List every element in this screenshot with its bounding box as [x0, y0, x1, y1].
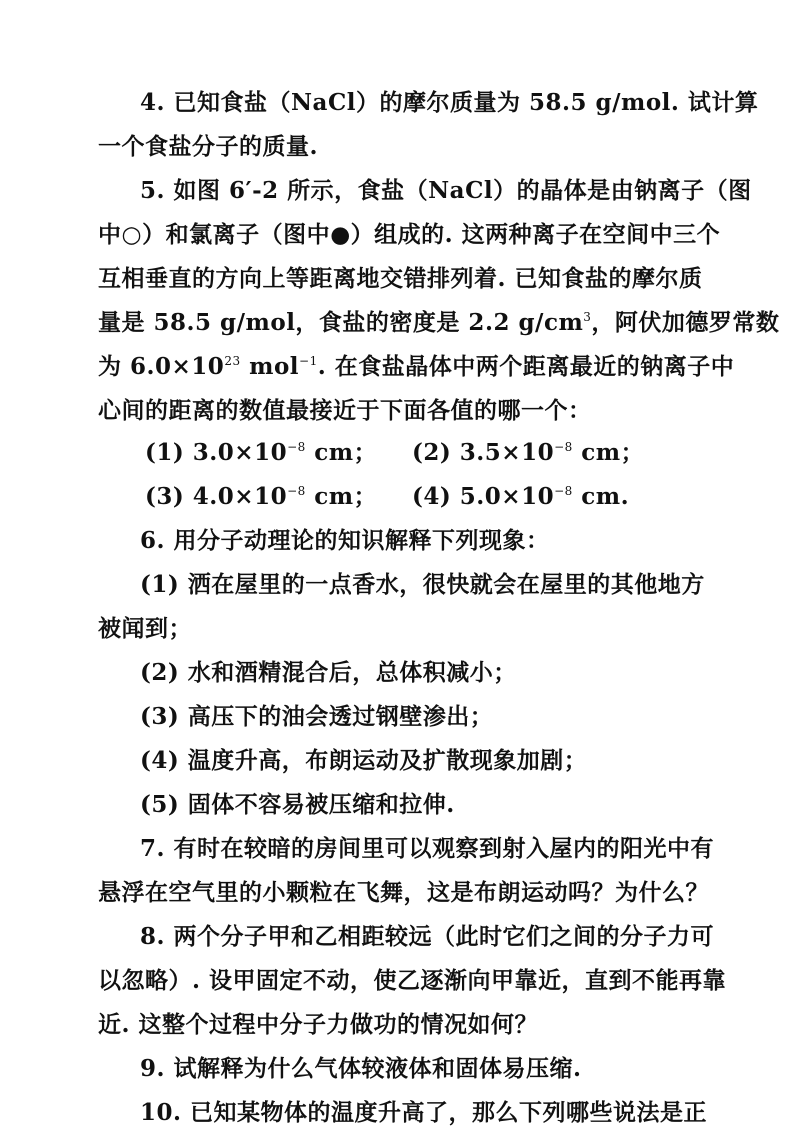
option-unit: cm.	[573, 483, 629, 510]
option-value: 5.0×10	[460, 483, 554, 510]
q5-line4-pre: 量是 58.5 g/mol，食盐的密度是 2.2 g/cm	[98, 309, 583, 336]
option-value: 3.5×10	[460, 439, 554, 466]
q5-option-3: (3) 4.0×10−8 cm；	[145, 482, 377, 512]
q5-line5-post: . 在食盐晶体中两个距离最近的钠离子中	[318, 353, 735, 380]
option-label: (2)	[412, 439, 451, 466]
q5-line6: 心间的距离的数值最接近于下面各值的哪一个：	[98, 396, 592, 426]
option-label: (1)	[145, 439, 184, 466]
q6-line1: 6. 用分子动理论的知识解释下列现象：	[140, 526, 550, 556]
q5-line1: 5. 如图 6′-2 所示，食盐（NaCl）的晶体是由钠离子（图	[140, 176, 752, 206]
option-unit: cm；	[573, 439, 644, 466]
q5-option-1: (1) 3.0×10−8 cm；	[145, 438, 377, 468]
q6-item2: (2) 水和酒精混合后，总体积减小；	[140, 658, 517, 688]
q6-item1-line2: 被闻到；	[98, 614, 192, 644]
q8-line3: 近. 这整个过程中分子力做功的情况如何？	[98, 1010, 538, 1040]
q5-line5-unit-exponent: −1	[299, 354, 318, 368]
option-exponent: −8	[554, 440, 573, 454]
q5-option-4: (4) 5.0×10−8 cm.	[412, 482, 629, 512]
q8-line1: 8. 两个分子甲和乙相距较远（此时它们之间的分子力可	[140, 922, 714, 952]
q6-item5: (5) 固体不容易被压缩和拉伸.	[140, 790, 455, 820]
option-unit: cm；	[306, 439, 377, 466]
q7-line1: 7. 有时在较暗的房间里可以观察到射入屋内的阳光中有	[140, 834, 714, 864]
q5-line4: 量是 58.5 g/mol，食盐的密度是 2.2 g/cm3，阿伏加德罗常数	[98, 308, 779, 338]
option-label: (4)	[412, 483, 451, 510]
option-value: 4.0×10	[193, 483, 287, 510]
option-exponent: −8	[287, 440, 306, 454]
q8-line2: 以忽略）. 设甲固定不动，使乙逐渐向甲靠近，直到不能再靠	[98, 966, 726, 996]
q5-line3: 互相垂直的方向上等距离地交错排列着. 已知食盐的摩尔质	[98, 264, 703, 294]
q5-line5-exponent: 23	[224, 354, 240, 368]
q5-line5-unit: mol	[241, 353, 299, 380]
q4-line1: 4. 已知食盐（NaCl）的摩尔质量为 58.5 g/mol. 试计算	[140, 88, 758, 118]
q5-option-2: (2) 3.5×10−8 cm；	[412, 438, 644, 468]
q6-item1-line1: (1) 洒在屋里的一点香水，很快就会在屋里的其他地方	[140, 570, 705, 600]
q4-line2: 一个食盐分子的质量.	[98, 132, 318, 162]
option-exponent: −8	[554, 484, 573, 498]
q5-line2: 中○）和氯离子（图中●）组成的. 这两种离子在空间中三个	[98, 220, 720, 250]
option-value: 3.0×10	[193, 439, 287, 466]
q6-item3: (3) 高压下的油会透过钢壁渗出；	[140, 702, 493, 732]
option-exponent: −8	[287, 484, 306, 498]
textbook-page: 4. 已知食盐（NaCl）的摩尔质量为 58.5 g/mol. 试计算 一个食盐…	[0, 0, 800, 1143]
q5-line5: 为 6.0×1023 mol−1. 在食盐晶体中两个距离最近的钠离子中	[98, 352, 734, 382]
option-label: (3)	[145, 483, 184, 510]
q10-line1: 10. 已知某物体的温度升高了，那么下列哪些说法是正	[140, 1098, 707, 1128]
q6-item4: (4) 温度升高，布朗运动及扩散现象加剧；	[140, 746, 587, 776]
option-unit: cm；	[306, 483, 377, 510]
q5-line5-pre: 为 6.0×10	[98, 353, 224, 380]
q7-line2: 悬浮在空气里的小颗粒在飞舞，这是布朗运动吗？为什么？	[98, 878, 709, 908]
q5-line4-post: ，阿伏加德罗常数	[591, 309, 779, 336]
q9-line1: 9. 试解释为什么气体较液体和固体易压缩.	[140, 1054, 582, 1084]
